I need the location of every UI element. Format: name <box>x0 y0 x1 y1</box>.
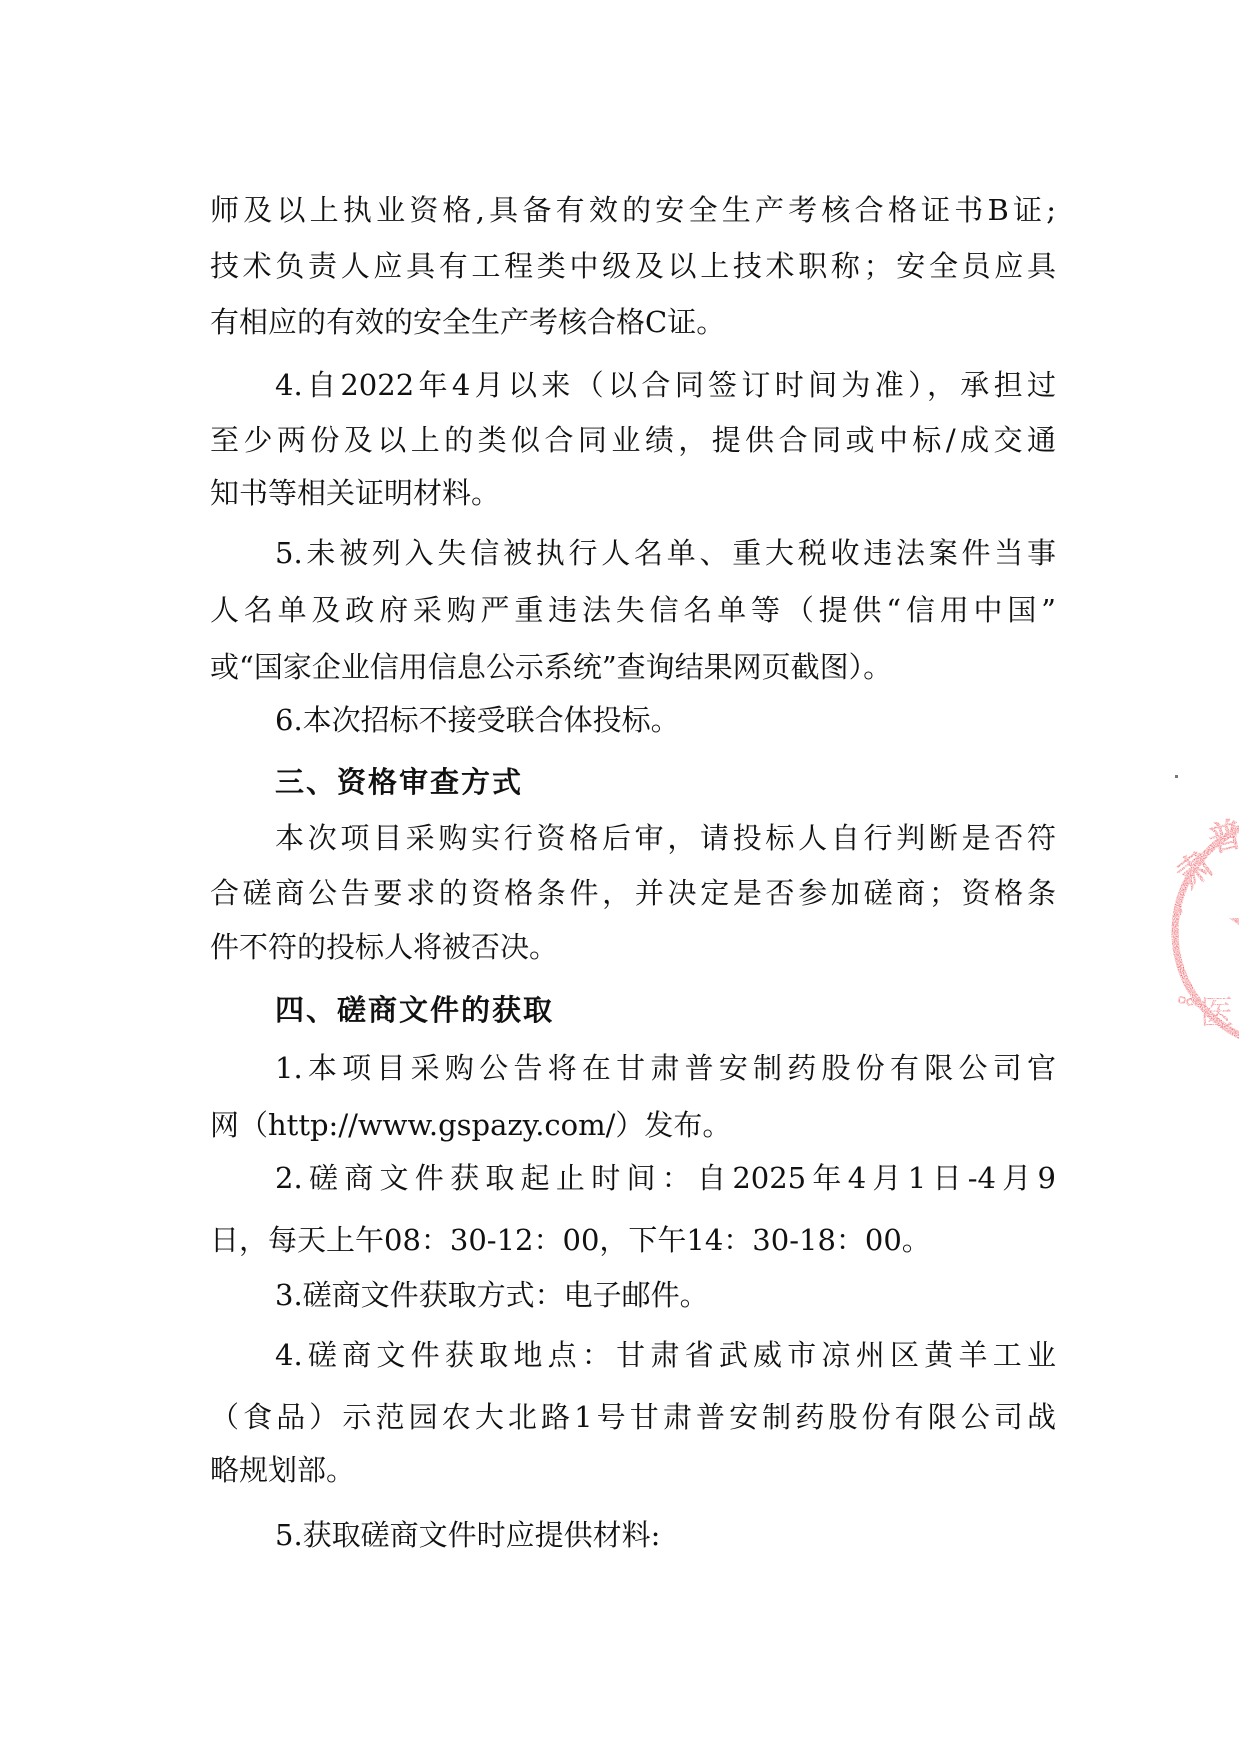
text-line-2: 技术负责人应具有工程类中级及以上技术职称；安全员应具 <box>210 246 1056 286</box>
item-4-line-3: 知书等相关证明材料。 <box>210 473 1056 513</box>
item-5-line-1: 5.未被列入失信被执行人名单、重大税收违法案件当事 <box>275 533 1056 573</box>
item-6-line: 6.本次招标不接受联合体投标。 <box>275 700 1056 740</box>
section-4-item-2-line-2: 日，每天上午08：30-12：00，下午14：30-18：00。 <box>210 1220 1056 1260</box>
svg-text:普: 普 <box>1204 814 1239 861</box>
text-line-3: 有相应的有效的安全生产考核合格C证。 <box>210 302 1056 342</box>
item-5-line-2: 人名单及政府采购严重违法失信名单等（提供“信用中国” <box>210 590 1056 630</box>
section-4-item-1-line-1: 1.本项目采购公告将在甘肃普安制药股份有限公司官 <box>275 1048 1056 1088</box>
item-4-line-1: 4.自2022年4月以来（以合同签订时间为准），承担过 <box>275 365 1056 405</box>
section-4-item-4-line-2: （食品）示范园农大北路1号甘肃普安制药股份有限公司战 <box>210 1397 1056 1437</box>
section-3-line-1: 本次项目采购实行资格后审，请投标人自行判断是否符 <box>275 818 1056 858</box>
svg-text:医: 医 <box>1200 993 1234 1033</box>
section-heading-4: 四、磋商文件的获取 <box>275 990 1056 1030</box>
section-4-item-5-line: 5.获取磋商文件时应提供材料: <box>275 1515 1056 1555</box>
section-4-item-4-line-1: 4.磋商文件获取地点：甘肃省武威市凉州区黄羊工业 <box>275 1335 1056 1375</box>
svg-text:肃: 肃 <box>1170 844 1221 896</box>
section-4-item-2-line-1: 2.磋商文件获取起止时间：自2025年4月1日-4月9 <box>275 1158 1056 1198</box>
seal-icon: 肃 普 医 <box>1168 812 1239 1052</box>
section-4-item-3-line: 3.磋商文件获取方式：电子邮件。 <box>275 1275 1056 1315</box>
section-3-line-2: 合磋商公告要求的资格条件，并决定是否参加磋商；资格条 <box>210 873 1056 913</box>
section-3-line-3: 件不符的投标人将被否决。 <box>210 927 1056 967</box>
section-4-item-1-line-2: 网（http://www.gspazy.com/）发布。 <box>210 1105 1056 1145</box>
section-heading-3: 三、资格审查方式 <box>275 762 1056 802</box>
item-4-line-2: 至少两份及以上的类似合同业绩，提供合同或中标/成交通 <box>210 420 1056 460</box>
section-4-item-4-line-3: 略规划部。 <box>210 1450 1056 1490</box>
document-page: 师及以上执业资格,具备有效的安全生产考核合格证书B证; 技术负责人应具有工程类中… <box>0 0 1239 1752</box>
scan-speck <box>1175 775 1178 778</box>
company-seal-stamp: 肃 普 医 <box>1168 812 1239 1052</box>
item-5-line-3: 或“国家企业信用信息公示系统”查询结果网页截图）。 <box>210 647 1056 687</box>
text-line-1: 师及以上执业资格,具备有效的安全生产考核合格证书B证; <box>210 190 1056 230</box>
